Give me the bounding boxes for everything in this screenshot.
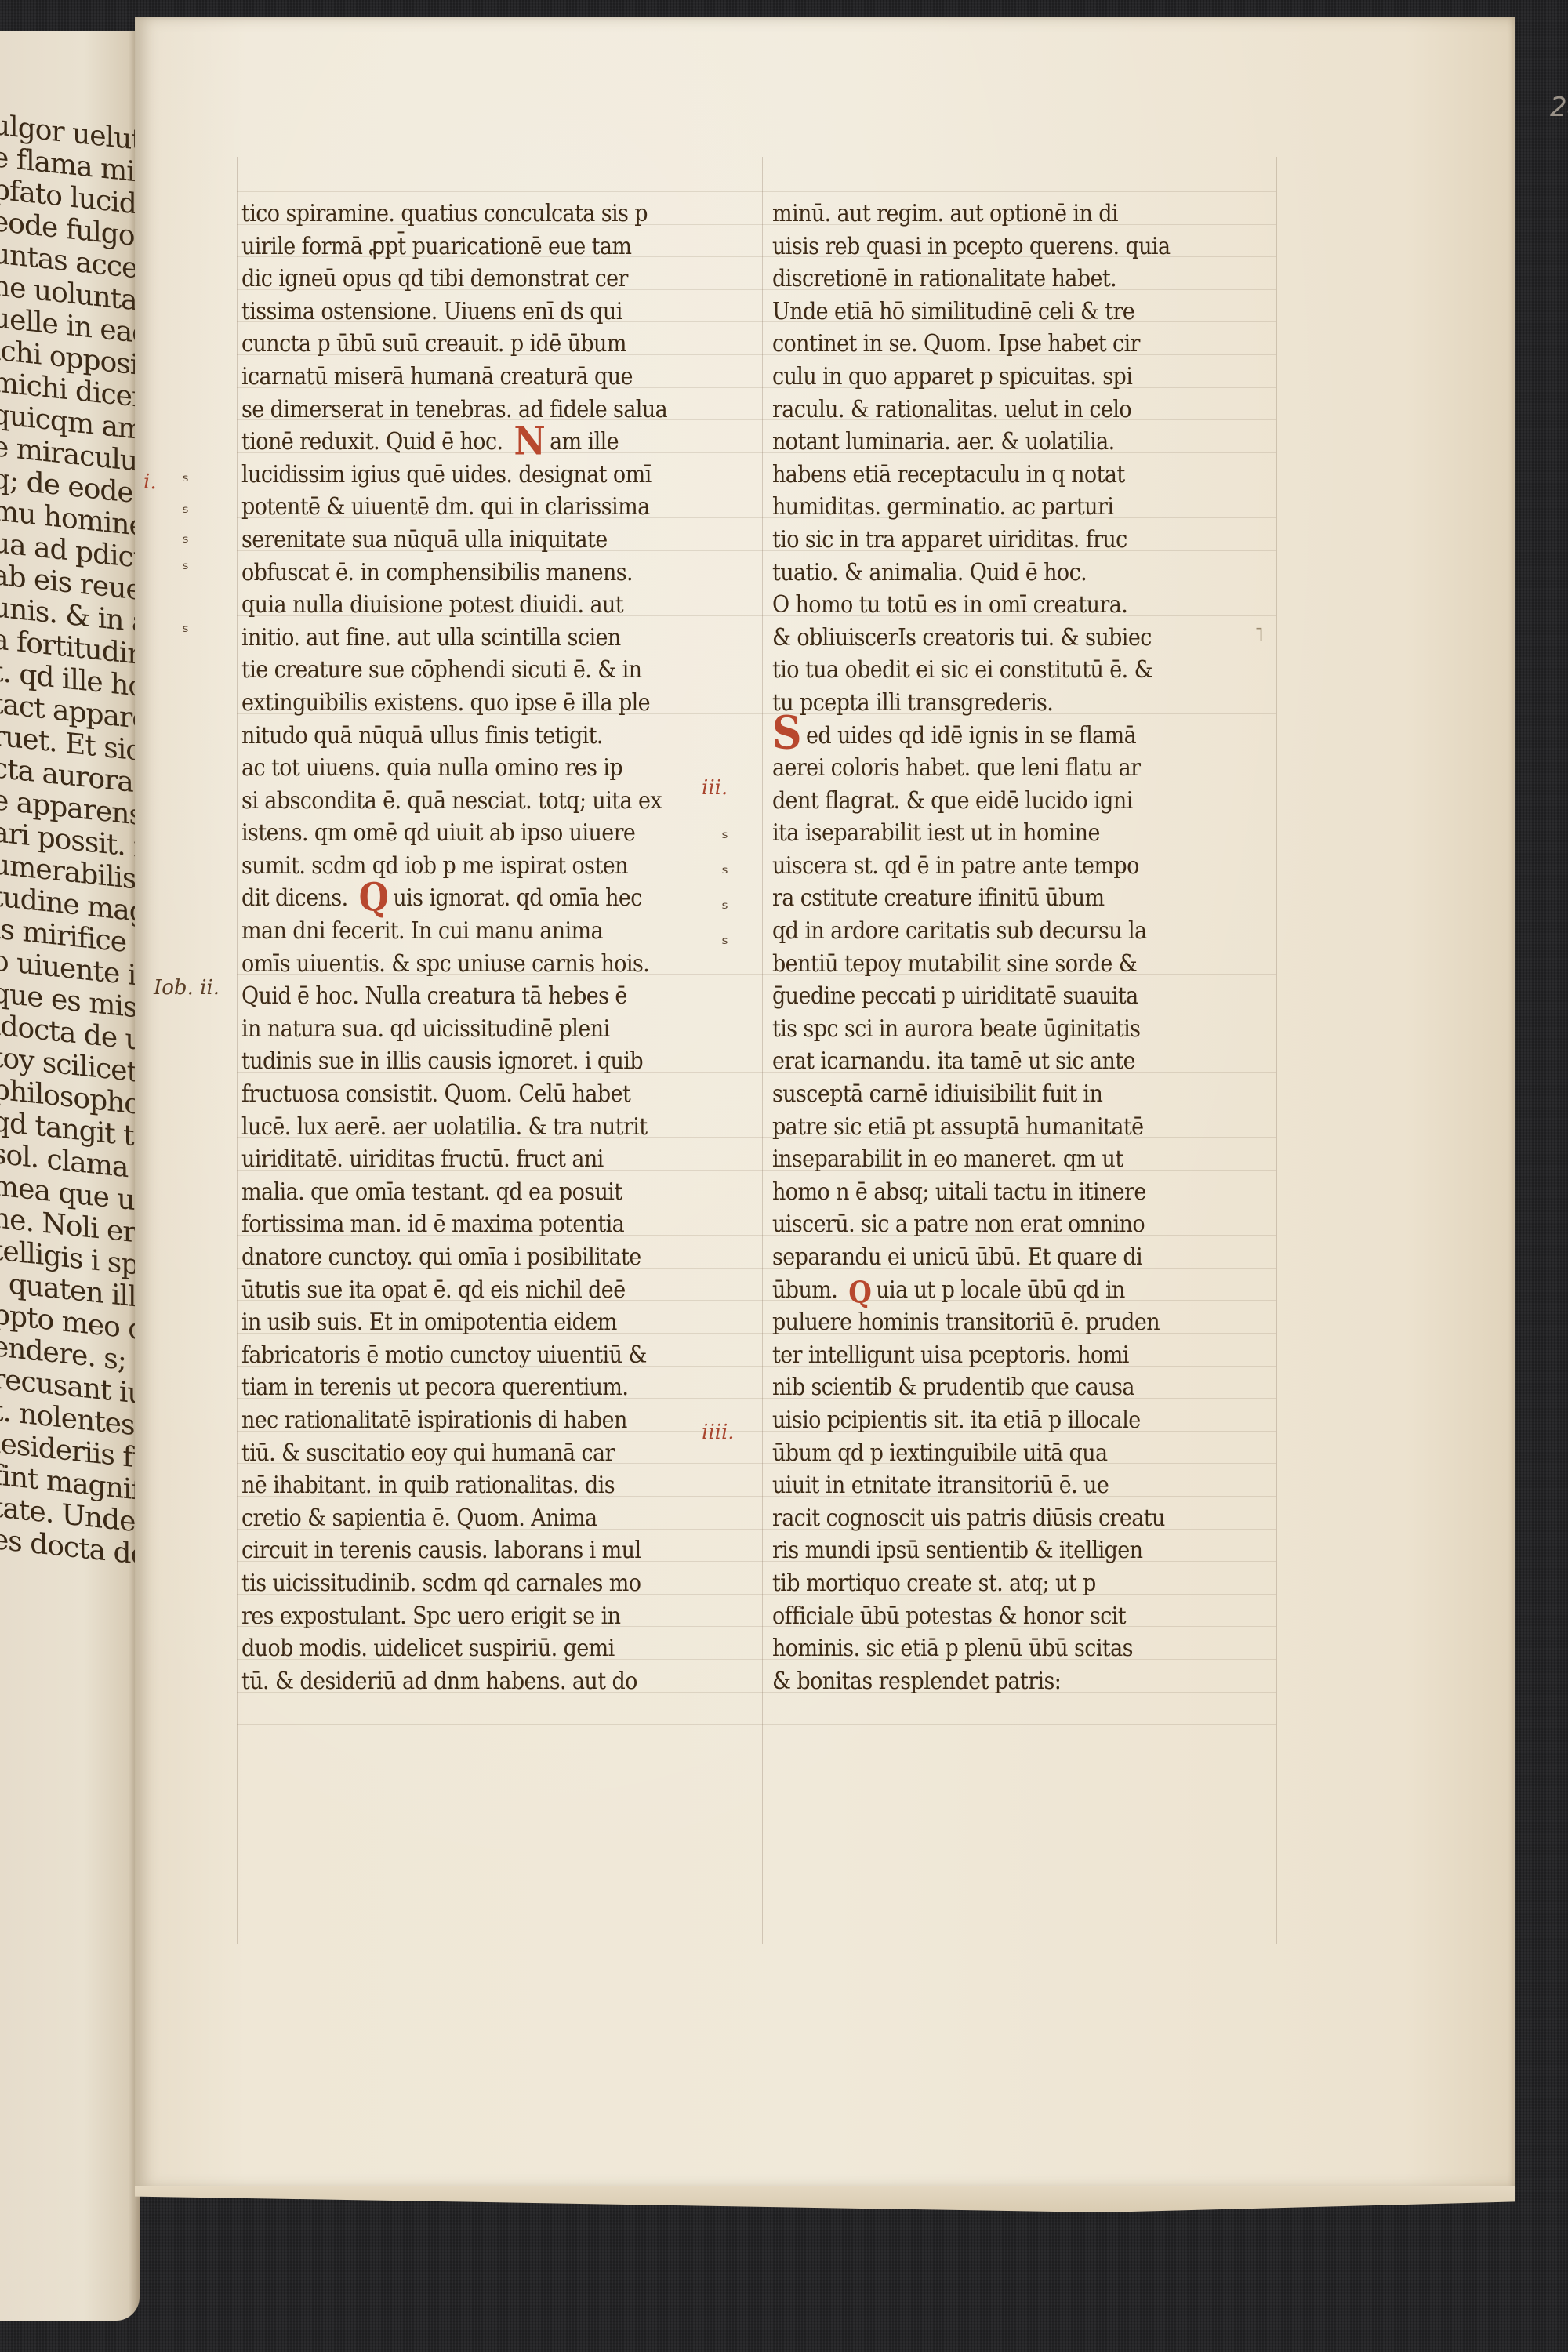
- marginal-mark: ˢ: [721, 862, 728, 884]
- text-line: uisio pcipientis sit. ita etiā p illocal…: [772, 1402, 1243, 1439]
- rubricated-initial: Q: [359, 886, 389, 913]
- text-line: fabricatoris ē motio cunctoy uiuentiū &: [241, 1337, 739, 1374]
- ruling-line: [1247, 157, 1247, 1944]
- text-line: ita iseparabilit iest ut in homine: [772, 815, 1243, 852]
- marginal-mark: ˢ: [182, 621, 189, 643]
- text-line: aerei coloris habet. que leni flatu ar: [772, 750, 1243, 787]
- text-line: tib mortiquo create st. atq; ut p: [772, 1565, 1243, 1602]
- text-line: tudinis sue in illis causis ignoret. i q…: [241, 1044, 739, 1080]
- text-line: res expostulant. Spc uero erigit se in: [241, 1598, 739, 1635]
- text-line: tie creature sue cōphendi sicuti ē. & in: [241, 652, 739, 689]
- text-line: nec rationalitatē ispirationis di haben: [241, 1402, 739, 1439]
- text-line: obfuscat ē. in comphensibilis manens.: [241, 554, 739, 591]
- text-line: Sed uides qd idē ignis in se flamā: [772, 717, 1243, 754]
- text-line: discretionē in rationalitate habet.: [772, 261, 1243, 298]
- text-line: continet in se. Quom. Ipse habet cir: [772, 326, 1243, 363]
- text-line: habens etiā receptaculu in q notat: [772, 456, 1243, 493]
- text-line: fructuosa consistit. Quom. Celū habet: [241, 1076, 739, 1113]
- text-line: malia. que omīa testant. qd ea posuit: [241, 1174, 739, 1210]
- marginal-bracket: ˥: [1254, 623, 1264, 645]
- text-line: man dni fecerit. In cui manu anima: [241, 913, 739, 950]
- text-line: tio sic in tra apparet uiriditas. fruc: [772, 521, 1243, 558]
- text-line: patre sic etiā pt assuptā humanitatē: [772, 1109, 1243, 1145]
- marginal-mark: ˢ: [182, 502, 189, 524]
- text-line: susceptā carnē idiuisibilit fuit in: [772, 1076, 1243, 1113]
- text-line: potentē & uiuentē dm. qui in clarissima: [241, 489, 739, 526]
- text-line: notant luminaria. aer. & uolatilia.: [772, 424, 1243, 461]
- ruling-line: [762, 157, 763, 1944]
- text-line: sumit. scdm qd iob p me ispirat osten: [241, 848, 739, 884]
- text-line: uisis reb quasi in pcepto querens. quia: [772, 228, 1243, 265]
- text-line: ḡuedine peccati p uiriditatē suauita: [772, 978, 1243, 1015]
- text-line: erat icarnandu. ita tamē ut sic ante: [772, 1044, 1243, 1080]
- text-column-b: minū. aut regim. aut optionē in diuisis …: [772, 198, 1243, 1697]
- text-line: tuatio. & animalia. Quid ē hoc.: [772, 554, 1243, 591]
- marginal-mark: ˢ: [182, 532, 189, 554]
- text-line: ris mundi ipsū sentientib & itelligen: [772, 1533, 1243, 1570]
- text-line: homo n ē absq; uitali tactu in itinere: [772, 1174, 1243, 1210]
- marginal-citation-job: Iob. ii.: [154, 976, 220, 1000]
- text-line: tis spc sci in aurora beate ūginitatis: [772, 1011, 1243, 1047]
- text-line: initio. aut fine. aut ulla scintilla sci…: [241, 619, 739, 656]
- text-line: tu pcepta illi transgrederis.: [772, 684, 1243, 721]
- ruling-line: [237, 157, 238, 1944]
- text-line: qd in ardore caritatis sub decursu la: [772, 913, 1243, 950]
- text-line: uiscerū. sic a patre non erat omnino: [772, 1207, 1243, 1243]
- ruling-line: [237, 191, 1276, 192]
- text-line: culu in quo apparet p spicuitas. spi: [772, 358, 1243, 395]
- rubricated-initial: S: [772, 720, 801, 746]
- text-line: in usib suis. Et in omipotentia eidem: [241, 1305, 739, 1341]
- ruling-line: [237, 1724, 1276, 1725]
- text-line: icarnatū miserā humanā creaturā que: [241, 358, 739, 395]
- text-line: tis uicissitudinib. scdm qd carnales mo: [241, 1565, 739, 1602]
- text-line: ter intelligunt uisa pceptoris. homi: [772, 1337, 1243, 1374]
- text-line: tico spiramine. quatius conculcata sis p: [241, 196, 739, 233]
- ruling-line: [1276, 157, 1277, 1944]
- text-line: ūbum. Quia ut p locale ūbū qd in: [772, 1272, 1243, 1308]
- text-line: quia nulla diuisione potest diuidi. aut: [241, 587, 739, 624]
- text-line: nib scientib & prudentib que causa: [772, 1370, 1243, 1406]
- text-line: tiam in terenis ut pecora querentium.: [241, 1370, 739, 1406]
- text-line: minū. aut regim. aut optionē in di: [772, 196, 1243, 233]
- text-line: serenitate sua nūquā ulla iniquitate: [241, 521, 739, 558]
- rubricated-initial: N: [514, 429, 545, 456]
- text-line: O homo tu totū es in omī creatura.: [772, 587, 1243, 624]
- text-line: dit dicens. Quis ignorat. qd omīa hec: [241, 880, 739, 917]
- text-line: circuit in terenis causis. laborans i mu…: [241, 1533, 739, 1570]
- text-line: fortissima man. id ē maxima potentia: [241, 1207, 739, 1243]
- text-line: ac tot uiuens. quia nulla omino res ip: [241, 750, 739, 787]
- text-fragment: uis ignorat. qd omīa hec: [393, 885, 641, 913]
- text-line: officiale ūbū potestas & honor scit: [772, 1598, 1243, 1635]
- text-line: inseparabilit in eo maneret. qm ut: [772, 1142, 1243, 1178]
- text-line: si abscondita ē. quā nesciat. totq; uita…: [241, 782, 739, 819]
- text-line: Quid ē hoc. Nulla creatura tā hebes ē: [241, 978, 739, 1015]
- marginal-numeral-iiii: iiii.: [702, 1421, 735, 1444]
- text-line: se dimerserat in tenebras. ad fidele sal…: [241, 391, 739, 428]
- text-line: tionē reduxit. Quid ē hoc. Nam ille: [241, 424, 739, 461]
- marginal-mark: ˢ: [182, 470, 189, 492]
- text-line: cuncta p ūbū suū creauit. p idē ūbum: [241, 326, 739, 363]
- text-line: cretio & sapientia ē. Quom. Anima: [241, 1500, 739, 1537]
- text-line: uiscera st. qd ē in patre ante tempo: [772, 848, 1243, 884]
- text-line: ra cstitute creature ifinitū ūbum: [772, 880, 1243, 917]
- text-line: tissima ostensione. Uiuens enī ds qui: [241, 293, 739, 330]
- text-column-a: tico spiramine. quatius conculcata sis p…: [241, 198, 739, 1697]
- text-line: tū. & desideriū ad dnm habens. aut do: [241, 1663, 739, 1700]
- marginal-numeral-iii: iii.: [702, 776, 728, 800]
- text-line: dic igneū opus qd tibi demonstrat cer: [241, 261, 739, 298]
- facing-page-left: ulgor uelut auroe flama mirabilipfato lu…: [0, 31, 140, 2321]
- text-line: nē ihabitant. in quib rationalitas. dis: [241, 1468, 739, 1504]
- folio-number: 28: [1550, 92, 1568, 123]
- text-line: & obliuiscerIs creatoris tui. & subiec: [772, 619, 1243, 656]
- text-line: omīs uiuentis. & spc uniuse carnis hois.: [241, 946, 739, 982]
- text-line: nitudo quā nūquā ullus finis tetigit.: [241, 717, 739, 754]
- text-line: dnatore cunctoy. qui omīa i posibilitate: [241, 1240, 739, 1276]
- text-line: Unde etiā hō similitudinē celi & tre: [772, 293, 1243, 330]
- text-line: in natura sua. qd uicissitudinē pleni: [241, 1011, 739, 1047]
- text-line: lucidissim igius quē uides. designat omī: [241, 456, 739, 493]
- text-line: uiuit in etnitate itransitoriū ē. ue: [772, 1468, 1243, 1504]
- text-line: hominis. sic etiā p plenū ūbū scitas: [772, 1631, 1243, 1668]
- text-line: duob modis. uidelicet suspiriū. gemi: [241, 1631, 739, 1668]
- marginal-mark: ˢ: [721, 933, 728, 955]
- marginal-numeral-i: i.: [143, 470, 157, 494]
- text-line: dent flagrat. & que eidē lucido igni: [772, 782, 1243, 819]
- text-line: humiditas. germinatio. ac parturi: [772, 489, 1243, 526]
- marginal-mark: ˢ: [721, 827, 728, 849]
- text-line: separandu ei unicū ūbū. Et quare di: [772, 1240, 1243, 1276]
- marginal-mark: ˢ: [182, 558, 189, 580]
- text-line: racit cognoscit uis patris diūsis creatu: [772, 1500, 1243, 1537]
- text-line: lucē. lux aerē. aer uolatilia. & tra nut…: [241, 1109, 739, 1145]
- text-line: istens. qm omē qd uiuit ab ipso uiuere: [241, 815, 739, 852]
- text-line: ūtutis sue ita opat ē. qd eis nichil deē: [241, 1272, 739, 1308]
- text-line: bentiū tepoy mutabilit sine sorde &: [772, 946, 1243, 982]
- text-line: ūbum qd p iextinguibile uitā qua: [772, 1435, 1243, 1472]
- text-line: uirile formā ꝓpt̄ puaricationē eue tam: [241, 228, 739, 265]
- text-line: tiū. & suscitatio eoy qui humanā car: [241, 1435, 739, 1472]
- text-line: raculu. & rationalitas. uelut in celo: [772, 391, 1243, 428]
- text-line: uiriditatē. uiriditas fructū. fruct ani: [241, 1142, 739, 1178]
- text-line: extinguibilis existens. quo ipse ē illa …: [241, 684, 739, 721]
- text-fragment: am ille: [550, 428, 619, 456]
- text-line: tio tua obedit ei sic ei constitutū ē. &: [772, 652, 1243, 689]
- text-fragment: uia ut p locale ūbū qd in: [876, 1276, 1125, 1304]
- marginal-mark: ˢ: [721, 898, 728, 920]
- text-line: puluere hominis transitoriū ē. pruden: [772, 1305, 1243, 1341]
- text-line: & bonitas resplendet patris:: [772, 1663, 1243, 1700]
- rubricated-initial: Q: [848, 1279, 871, 1306]
